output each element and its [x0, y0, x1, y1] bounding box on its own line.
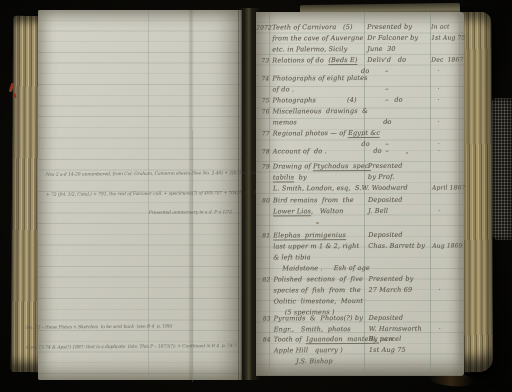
- handwriting-text: ·: [432, 208, 440, 215]
- entry-date-line: ·: [433, 325, 465, 332]
- entry-description-line: & left tibia: [273, 254, 369, 262]
- handwriting-text: by Prof.: [368, 173, 395, 181]
- entry-number: 75: [256, 97, 269, 104]
- entry-number: 80: [257, 197, 270, 204]
- handwriting-text: last upper m 1 & 2, right: [273, 242, 359, 250]
- entry-description-line: L. Smith, London, esq, S.W. Woodward: [273, 185, 369, 193]
- entry-number: 78: [257, 148, 270, 155]
- entry-description-line: Regional photos — of Egypt &c: [273, 130, 369, 138]
- register-entry: 78Account of do . do – ·: [256, 147, 464, 148]
- pencil-line: Corr. 73 74 & Aps(?) 1887: that is a dup…: [26, 344, 196, 352]
- underlined-handwriting: Elephas primigenius: [273, 231, 346, 240]
- entry-number: 82: [257, 276, 270, 283]
- handwriting-text: 27 March 69: [368, 286, 412, 294]
- entry-date-line: Dec 1867: [431, 56, 463, 63]
- handwriting-text: ·: [431, 86, 439, 93]
- register-entry: 83Pyramids & Photos(?) byEngr., Smith, p…: [257, 314, 465, 315]
- register-entry: 76Miscellaneous drawings &memos do – ·: [256, 107, 464, 108]
- underlined-handwriting: Ptychodus spec-: [313, 162, 371, 171]
- handwriting-text: ·: [432, 148, 440, 155]
- handwriting-text: Miscellaneous drawings &: [273, 107, 369, 115]
- handwriting-text: –: [367, 85, 388, 93]
- handwriting-text: Chas. Barrett by: [368, 242, 425, 250]
- handwriting-text: L. Smith, London, esq, S.W. Woodward: [273, 184, 408, 193]
- handwriting-text: ·: [431, 68, 439, 75]
- handwriting-text: by: [294, 173, 307, 181]
- handwriting-text: Relations of do: [272, 56, 328, 64]
- entry-date-line: Aug 1869: [432, 242, 464, 249]
- entry-date-line: ·: [431, 85, 463, 92]
- entry-date-line: ·: [432, 207, 464, 214]
- pencil-line: + 72 (fol. 1/2, Catal.) + 791, the rest …: [46, 191, 232, 199]
- entry-description-line: Miscellaneous drawings &: [273, 108, 369, 116]
- entry-acquisition-line: By parcel: [369, 336, 429, 343]
- handwriting-text: Pyramids & Photos(?) by: [274, 314, 363, 322]
- handwriting-text: –: [368, 147, 389, 155]
- photo-of-open-register-book: Nos 2 a-d 14-20 unnumbered, from Col. Gr…: [0, 0, 512, 392]
- underlined-handwriting: Egypt &c: [348, 129, 380, 138]
- pencil-annotation-lower: No. 73 – these Plates + Sketches to be s…: [26, 311, 196, 364]
- entry-description-line: from the cave of Auvergne: [272, 35, 368, 43]
- handwriting-text: Aug 1869: [432, 242, 462, 249]
- pencil-line: No. 73 – these Plates + Sketches to be s…: [26, 324, 196, 332]
- entry-date-line: In act: [431, 23, 463, 30]
- handwriting-text: Deposited: [368, 231, 403, 239]
- underlined-handwriting: Lower Lias: [273, 207, 311, 216]
- entry-description-line: Maidstone . Esh of age: [273, 265, 369, 273]
- handwriting-text: Dec 1867: [431, 56, 463, 63]
- entry-date-line: ·: [431, 67, 463, 74]
- register-entry: 84Tooth of Iguanodon mantelli, newApple …: [257, 335, 465, 336]
- handwriting-text: ·: [432, 119, 440, 126]
- handwriting-text: W. Harmsworth: [369, 325, 422, 333]
- handwriting-text: ·: [432, 287, 440, 294]
- underlined-handwriting: tabilis: [273, 173, 294, 182]
- entry-description-line: Photographs (4) do: [272, 97, 368, 105]
- handwriting-text: In act: [431, 24, 449, 31]
- handwriting-text: species of fish from the: [273, 286, 360, 294]
- entry-description-line: of do .: [272, 86, 368, 94]
- underlined-handwriting: Iguanodon mantelli: [306, 335, 375, 344]
- entry-description-line: species of fish from the: [273, 287, 369, 295]
- entry-acquisition-line: –: [367, 68, 427, 75]
- entry-number: 83: [258, 315, 271, 322]
- entry-acquisition-line: W. Harmsworth: [369, 326, 429, 333]
- entry-description-line: Engr., Smith, photos: [274, 326, 370, 334]
- entry-acquisition-line: Deposited: [368, 232, 428, 239]
- entry-description-line: Teeth of Carnivora (5): [272, 24, 368, 32]
- handwriting-text: Presented: [368, 162, 403, 170]
- entry-acquisition-line: Presented by: [367, 24, 427, 31]
- entry-acquisition-line: Chas. Barrett by: [368, 243, 428, 250]
- entry-acquisition-line: –: [368, 148, 428, 155]
- entry-description-line: Account of do . do: [273, 148, 369, 156]
- handwriting-text: Apple Hill quarry ): [274, 346, 343, 354]
- entry-description-line: etc. in Palermo, Sicily: [272, 46, 368, 54]
- entry-acquisition-line: –: [368, 119, 428, 126]
- handwriting-text: Dr Falconer by: [367, 34, 418, 42]
- entry-description-line: Relations of do (Beds E): [272, 57, 368, 65]
- handwriting-text: Deposited: [368, 196, 403, 204]
- woven-bookmark-strap: [492, 98, 512, 240]
- entry-number: 76: [257, 108, 270, 115]
- entry-acquisition-line: June 30: [367, 46, 427, 53]
- handwriting-text: April 1867: [432, 184, 466, 191]
- handwriting-text: Teeth of Carnivora (5): [272, 23, 353, 31]
- entry-number: 84: [258, 336, 271, 343]
- handwriting-text: Presented by: [368, 275, 413, 283]
- entry-number: 81: [257, 232, 270, 239]
- entry-acquisition-line: Presented by: [368, 276, 428, 283]
- handwriting-text: Engr., Smith, photos: [274, 325, 351, 333]
- entry-description-line: Bird remains from the: [273, 197, 369, 205]
- entry-acquisition-line: Deliv'd do: [367, 57, 427, 64]
- handwriting-text: –: [367, 96, 388, 104]
- entry-description-line: Photographs of eight plates: [272, 75, 368, 83]
- register-entry: 2072Teeth of Carnivora (5)from the cave …: [255, 23, 463, 24]
- entry-acquisition-line: –: [367, 86, 427, 93]
- handwriting-text: Photographs of eight plates: [272, 74, 367, 82]
- entry-number: 73: [256, 57, 269, 64]
- entry-number: 2072: [256, 24, 269, 31]
- entry-date-line: April 1867: [432, 184, 464, 191]
- entry-description-line: Elephas primigenius: [273, 232, 369, 240]
- entry-description-line: Oolitic limestone, Mount: [274, 298, 370, 306]
- left-page: Nos 2 a-d 14-20 unnumbered, from Col. Gr…: [38, 10, 242, 380]
- handwriting-text: Oolitic limestone, Mount: [274, 297, 364, 305]
- handwriting-text: 1st Aug 75: [431, 34, 465, 41]
- handwriting-text: etc. in Palermo, Sicily: [272, 45, 347, 53]
- register-entry: 75Photographs (4) do – ·: [255, 96, 463, 97]
- register-entries: 2072Teeth of Carnivora (5)from the cave …: [255, 11, 465, 376]
- entry-description-line: Polished sections of five: [273, 276, 369, 284]
- entry-acquisition-line: J. Bell: [368, 208, 428, 215]
- handwriting-text: Tooth of: [274, 335, 307, 343]
- entry-acquisition-line: by Prof.: [368, 174, 428, 181]
- handwriting-text: ·: [433, 326, 441, 333]
- handwriting-text: Maidstone . Esh of age: [273, 264, 370, 273]
- register-entry: 82Polished sections of fivespecies of fi…: [256, 275, 464, 276]
- handwriting-text: 1st Aug 75: [369, 346, 406, 354]
- handwriting-text: Presented by: [367, 23, 412, 31]
- handwriting-text: J. Bell: [368, 207, 388, 215]
- entry-date-line: ·: [431, 96, 463, 103]
- entry-description-line: tabilis by: [273, 174, 369, 182]
- handwriting-text: Deposited: [369, 314, 404, 322]
- entry-date-line: ·: [432, 118, 464, 125]
- pencil-line: Nos 2 a-d 14-20 unnumbered, from Col. Gr…: [46, 171, 232, 179]
- entry-description-line: Lower Lias, Walton: [273, 208, 369, 216]
- entry-number: 79: [257, 163, 270, 170]
- handwriting-text: ·: [432, 141, 440, 148]
- entry-acquisition-line: Deposited: [368, 197, 428, 204]
- handwriting-text: –: [367, 67, 388, 75]
- entry-acquisition-line: –: [367, 97, 427, 104]
- pencil-line: Presented anniversary in a d P a 1/72: [46, 210, 232, 218]
- handwriting-text: J.S. Bishop: [274, 357, 333, 365]
- entry-date-line: 1st Aug 75: [431, 34, 463, 41]
- handwriting-text: ·: [431, 97, 439, 104]
- handwriting-text: of do .: [272, 85, 294, 93]
- entry-acquisition-line: 27 March 69: [368, 287, 428, 294]
- entry-date-line: ·: [432, 147, 464, 154]
- handwriting-text: Drawing of: [273, 162, 313, 170]
- entry-number: 74: [256, 75, 269, 82]
- handwriting-text: –: [368, 118, 389, 126]
- handwriting-text: , Walton: [311, 207, 344, 215]
- handwriting-text: Account of do . do: [273, 147, 382, 156]
- entry-description-line: Apple Hill quarry ): [274, 347, 370, 355]
- handwriting-text: By parcel: [369, 335, 402, 343]
- entry-description-line: memos do: [273, 119, 369, 127]
- handwriting-text: Deliv'd do: [367, 56, 406, 64]
- handwriting-text: & left tibia: [273, 253, 311, 261]
- entry-date-line: ·: [432, 286, 464, 293]
- handwriting-text: Regional photos — of: [273, 129, 348, 137]
- entry-description-line: J.S. Bishop: [274, 358, 370, 366]
- entry-description-line: Tooth of Iguanodon mantelli, new: [274, 336, 370, 344]
- handwriting-text: Polished sections of five: [273, 275, 363, 283]
- entry-description-line: last upper m 1 & 2, right: [273, 243, 369, 251]
- underlined-handwriting: (Beds E): [328, 56, 357, 65]
- handwriting-text: June 30: [367, 45, 395, 53]
- entry-description-line: Drawing of Ptychodus spec-: [273, 163, 369, 171]
- register-entry: 77Regional photos — of Egypt &c do – ·: [256, 129, 464, 130]
- entry-acquisition-line: Dr Falconer by: [367, 35, 427, 42]
- entry-number: 77: [257, 130, 270, 137]
- handwriting-text: Bird remains from the: [273, 196, 354, 204]
- register-entry: 81Elephas primigeniuslast upper m 1 & 2,…: [256, 231, 464, 232]
- pencil-annotation-upper: Nos 2 a-d 14-20 unnumbered, from Col. Gr…: [46, 158, 233, 231]
- register-entry: 80Bird remains from theLower Lias, Walto…: [256, 196, 464, 197]
- entry-acquisition-line: Deposited: [369, 315, 429, 322]
- handwriting-text: from the cave of Auvergne: [272, 34, 363, 42]
- entry-acquisition-line: Presented: [368, 163, 428, 170]
- register-entry: 79Drawing of Ptychodus spec-tabilis byL.…: [256, 162, 464, 163]
- entry-description-line: Pyramids & Photos(?) by: [274, 315, 370, 323]
- register-entry: 73Relations of do (Beds E) doDeliv'd do …: [255, 56, 463, 57]
- entry-acquisition-line: 1st Aug 75: [369, 347, 429, 354]
